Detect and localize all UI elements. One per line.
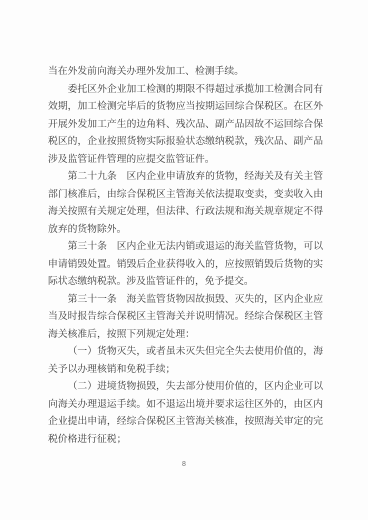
paragraph: （二）进境货物损毁，失去部分使用价值的，区内企业可以向海关办理退运手续。如不退运… [48,378,323,448]
page-number: 8 [0,461,368,468]
paragraph: 第三十条 区内企业无法内销或退运的海关监管货物，可以申请销毁处置。销毁后企业获得… [48,238,323,291]
paragraph: 当在外发前向海关办理外发加工、检测手续。 [48,63,323,81]
paragraph: 第三十一条 海关监管货物因故损毁、灭失的，区内企业应当及时报告综合保税区主管海关… [48,291,323,344]
document-body: 当在外发前向海关办理外发加工、检测手续。委托区外企业加工检测的期限不得超过承揽加… [48,63,323,448]
paragraph: 第二十九条 区内企业申请放弃的货物，经海关及有关主管部门核准后，由综合保税区主管… [48,168,323,238]
document-page: 当在外发前向海关办理外发加工、检测手续。委托区外企业加工检测的期限不得超过承揽加… [0,0,368,520]
paragraph: （一）货物灭失，或者虽未灭失但完全失去使用价值的，海关予以办理核销和免税手续； [48,343,323,378]
paragraph: 委托区外企业加工检测的期限不得超过承揽加工检测合同有效期，加工检测完毕后的货物应… [48,81,323,169]
